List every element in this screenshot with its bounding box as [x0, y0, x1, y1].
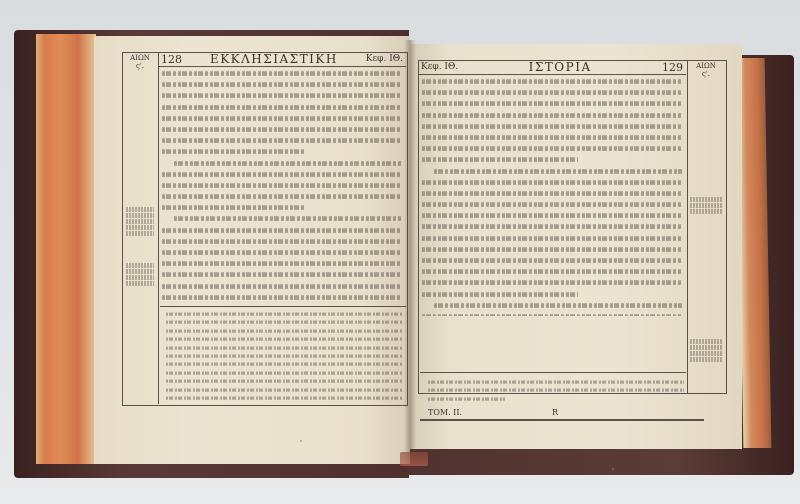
paper-speck: [612, 468, 614, 470]
right-bottom-rule: [420, 419, 704, 421]
right-side-note-2: [688, 338, 724, 363]
right-footnote-rule: [420, 372, 686, 373]
left-side-note-2: [124, 262, 156, 287]
running-head: ΙΣΤΟΡΙΑ: [529, 60, 592, 74]
right-aion-label: ΑΙΩΝ ς'.: [688, 62, 724, 78]
page-number: 129: [659, 61, 686, 74]
left-page-header: 128 ΕΚΚΛΗΣΙΑΣΤΙΚΗ Κεφ. ΙΘ.: [158, 52, 406, 67]
aion-sub: ς'.: [136, 62, 144, 70]
page-number: 128: [158, 53, 185, 66]
left-footnote-rule: [160, 306, 406, 307]
right-side-note-1: [688, 196, 724, 215]
chapter-label: Κεφ. ΙΘ.: [363, 54, 406, 64]
left-body-text: [162, 68, 402, 304]
signature-mark: R: [552, 408, 558, 417]
signature-label: ΤΟΜ. ΙΙ.: [428, 408, 462, 417]
aion-text: ΑΙΩΝ: [696, 62, 716, 70]
right-footnotes: [428, 378, 684, 408]
right-page-header: Κεφ. ΙΘ. ΙΣΤΟΡΙΑ 129: [418, 60, 686, 75]
spine-headband: [400, 452, 428, 466]
right-body-text: [422, 76, 682, 316]
left-side-note-1: [124, 206, 156, 237]
fore-edge-left: [36, 34, 96, 464]
book-gutter: [404, 40, 416, 465]
paper-speck: [300, 440, 302, 442]
aion-text: ΑΙΩΝ: [130, 54, 150, 62]
running-head: ΕΚΚΛΗΣΙΑΣΤΙΚΗ: [210, 52, 338, 66]
left-footnotes: [166, 310, 402, 400]
chapter-label: Κεφ. ΙΘ.: [418, 62, 461, 72]
aion-sub: ς'.: [702, 70, 710, 78]
left-aion-label: ΑΙΩΝ ς'.: [124, 54, 156, 70]
